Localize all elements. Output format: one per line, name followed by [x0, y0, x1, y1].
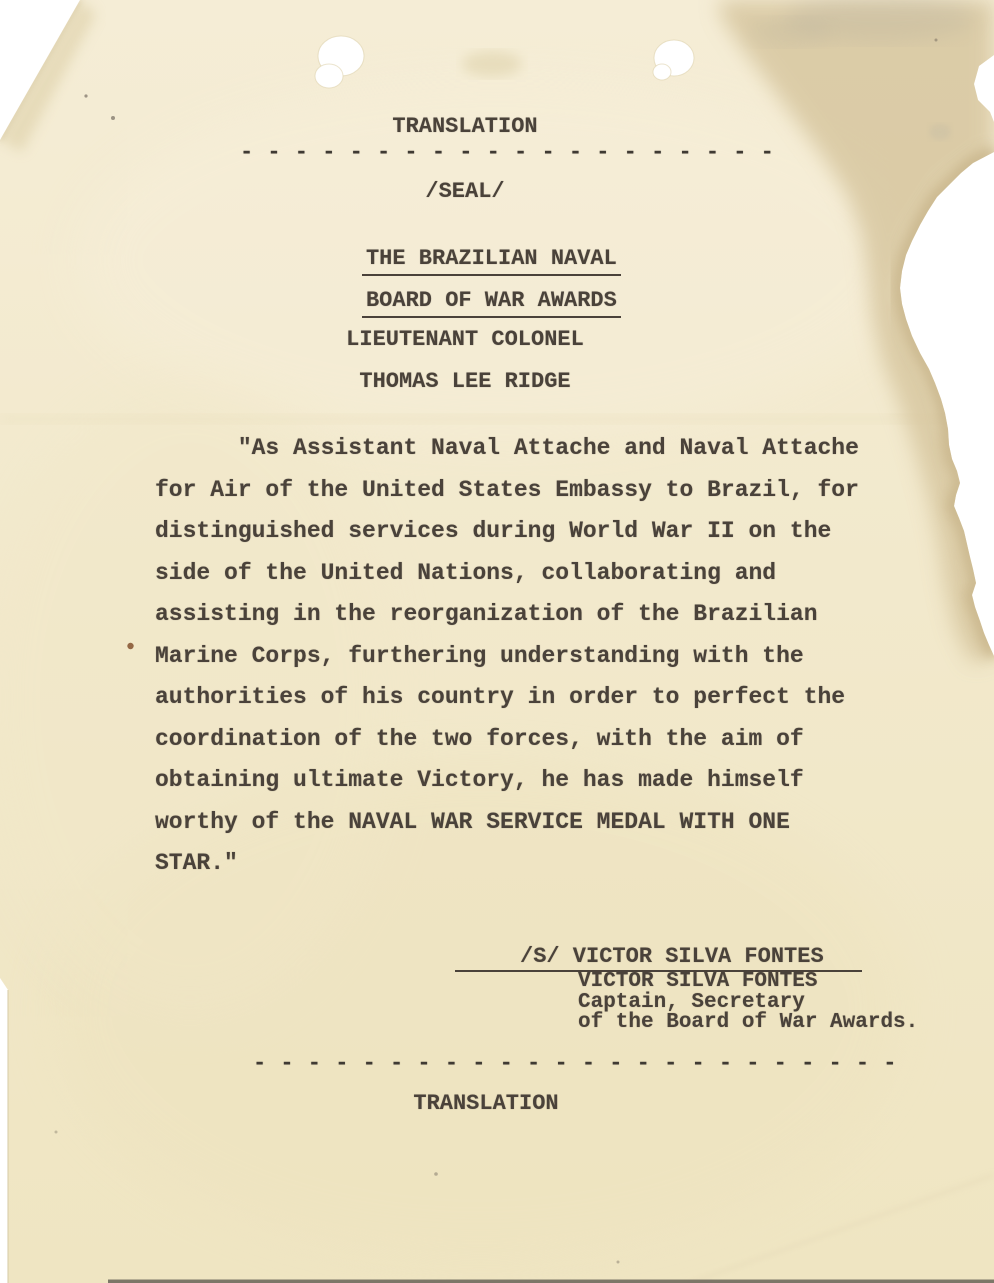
speck: [84, 94, 87, 97]
footer-translation-label: TRANSLATION: [171, 1093, 801, 1115]
signature-typed-name: VICTOR SILVA FONTES: [578, 972, 817, 993]
smudge-top-center: [462, 51, 522, 77]
smudge-right-margin: [929, 124, 951, 140]
scanned-document-page: TRANSLATION - - - - - - - - - - - - - - …: [0, 0, 994, 1283]
signature-title-line2: of the Board of War Awards.: [578, 1013, 918, 1034]
speck: [935, 39, 938, 42]
speck: [111, 116, 115, 120]
brown-speck: [127, 643, 133, 649]
dashed-separator-bottom: - - - - - - - - - - - - - - - - - - - - …: [253, 1053, 897, 1075]
recipient-rank: LIEUTENANT COLONEL: [150, 329, 780, 351]
speck: [434, 1172, 438, 1176]
scanner-edge-shadow: [108, 1280, 994, 1283]
org-name-line2-text: BOARD OF WAR AWARDS: [362, 290, 621, 318]
speck: [55, 1131, 58, 1134]
seal-notation: /SEAL/: [150, 181, 780, 203]
dashed-separator-top: - - - - - - - - - - - - - - - - - - - -: [240, 142, 774, 164]
recipient-name: THOMAS LEE RIDGE: [150, 371, 780, 393]
speck: [617, 1261, 620, 1264]
header-translation-label: TRANSLATION: [150, 116, 780, 138]
scan-band: [0, 414, 994, 424]
smudge-top-right-2: [748, 18, 832, 46]
citation-paragraph: "As Assistant Naval Attache and Naval At…: [155, 428, 945, 885]
signature-signed-line: /S/ VICTOR SILVA FONTES: [520, 946, 824, 968]
